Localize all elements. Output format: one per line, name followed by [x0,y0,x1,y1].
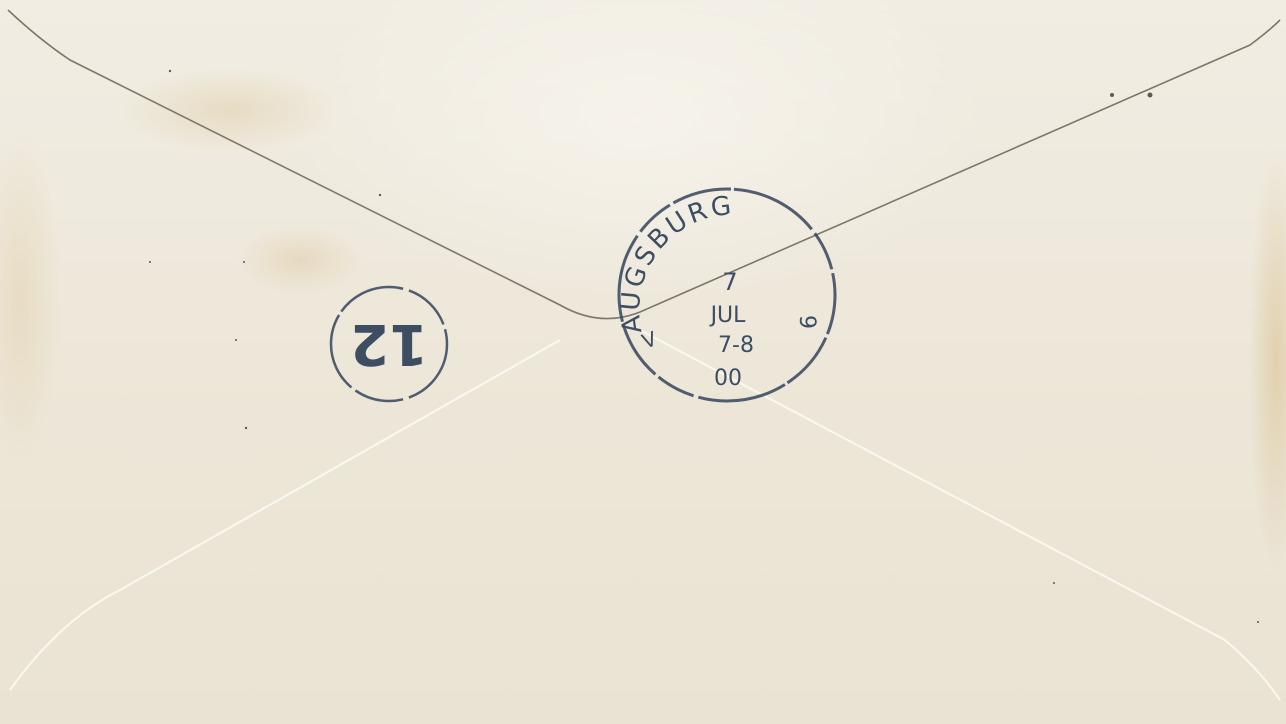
postmark-time: 7-8 [718,333,754,358]
envelope-back: AUGSBURG 7 JUL 7-8 00 9 V 12 [0,0,1286,724]
postmark-year: 00 [714,366,742,391]
postmark-day: 7 [722,268,737,296]
small-number-stamp: 12 [326,282,456,407]
augsburg-postmark: AUGSBURG 7 JUL 7-8 00 9 V [610,182,850,412]
postmark-month: JUL [709,303,747,328]
stamp-number: 12 [350,311,428,376]
left-fold-line [10,340,560,690]
postmark-left-mark: V [639,326,660,353]
postmark-right-number: 9 [794,315,819,329]
